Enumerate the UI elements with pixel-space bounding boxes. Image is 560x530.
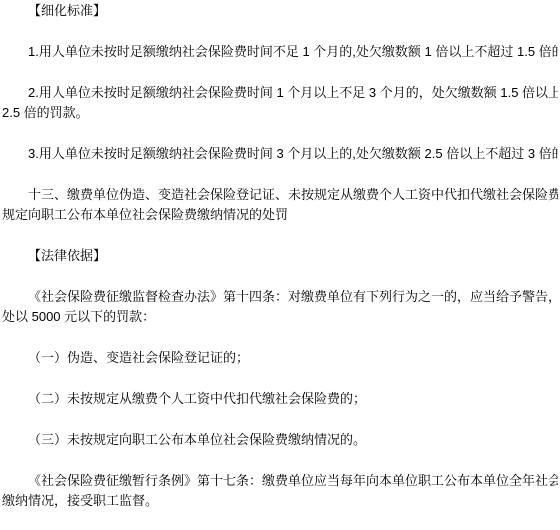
- subitem-3: （三）未按规定向职工公布本单位社会保险费缴纳情况的。: [2, 430, 558, 450]
- penalty-item-1: 1.用人单位未按时足额缴纳社会保险费时间不足 1 个月的,处欠缴数额 1 倍以上…: [2, 42, 558, 62]
- clause-13-title: 十三、缴费单位伪造、变造社会保险登记证、未按规定从缴费个人工资中代扣代缴社会保险…: [2, 185, 558, 225]
- penalty-item-3: 3.用人单位未按时足额缴纳社会保险费时间 3 个月以上的,处欠缴数额 2.5 倍…: [2, 144, 558, 164]
- subitem-2: （二）未按规定从缴费个人工资中代扣代缴社会保险费的；: [2, 389, 558, 409]
- section-heading-refinement-standard: 【细化标准】: [2, 1, 558, 21]
- regulation-article-14: 《社会保险费征缴监督检查办法》第十四条：对缴费单位有下列行为之一的，应当给予警告…: [2, 287, 558, 327]
- section-heading-legal-basis: 【法律依据】: [2, 246, 558, 266]
- penalty-item-2: 2.用人单位未按时足额缴纳社会保险费时间 1 个月以上不足 3 个月的，处欠缴数…: [2, 83, 558, 123]
- subitem-1: （一）伪造、变造社会保险登记证的；: [2, 348, 558, 368]
- document-page: 【细化标准】 1.用人单位未按时足额缴纳社会保险费时间不足 1 个月的,处欠缴数…: [0, 0, 560, 530]
- regulation-article-17: 《社会保险费征缴暂行条例》第十七条：缴费单位应当每年向本单位职工公布本单位全年社…: [2, 471, 558, 511]
